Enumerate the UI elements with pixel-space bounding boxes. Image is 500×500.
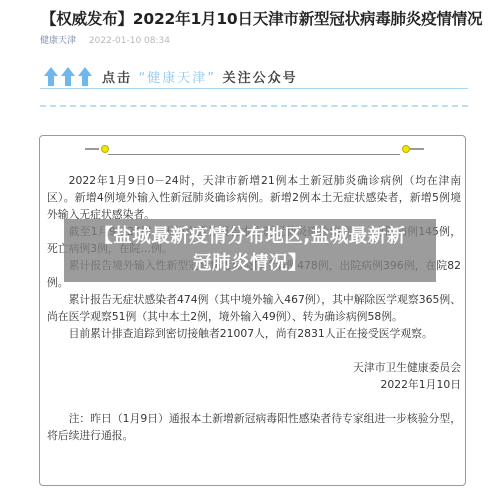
title-overlay-banner: 【盐城最新疫情分布地区,盐城最新新 冠肺炎情况】 xyxy=(64,219,436,282)
dot-icon xyxy=(402,145,410,153)
follow-text: 点击 “健康天津” 关注公众号 xyxy=(102,67,298,86)
up-arrow-icon xyxy=(61,67,75,86)
dashed-divider xyxy=(40,105,468,107)
article-meta: 健康天津 2022-01-10 08:34 xyxy=(40,33,170,46)
overlay-line-1: 【盐城最新疫情分布地区,盐城最新新 xyxy=(64,223,436,250)
deco-line xyxy=(108,154,400,155)
paragraph-new-cases: 2022年1月9日0－24时，天津市新增21例本土新冠肺炎确诊病例（均在津南区）… xyxy=(47,172,461,223)
paragraph-asymptomatic: 累计报告无症状感染者474例（其中境外输入467例），其中解除医学观察365例、… xyxy=(47,291,461,325)
deco-line xyxy=(410,148,424,150)
card-header-decoration xyxy=(40,136,465,166)
signature-org: 天津市卫生健康委员会 xyxy=(47,359,461,376)
dot-icon xyxy=(101,145,109,153)
paragraph-close-contacts: 目前累计排查追踪到密切接触者21007人，尚有2831人正在接受医学观察。 xyxy=(47,325,461,342)
up-arrow-icon xyxy=(44,67,58,86)
arrow-group xyxy=(44,67,92,86)
signature-date: 2022年1月10日 xyxy=(47,376,461,393)
report-card: 2022年1月9日0－24时，天津市新增21例本土新冠肺炎确诊病例（均在津南区）… xyxy=(39,135,466,486)
account-name[interactable]: “健康天津” xyxy=(139,71,216,86)
publish-time: 2022-01-10 08:34 xyxy=(89,36,170,46)
up-arrow-icon xyxy=(78,67,92,86)
author-link[interactable]: 健康天津 xyxy=(40,36,76,46)
overlay-line-2: 冠肺炎情况】 xyxy=(64,250,436,277)
note: 注：昨日（1月9日）通报本土新增新冠病毒阳性感染者待专家组进一步核验分型，将后续… xyxy=(47,410,461,444)
follow-suffix: 关注公众号 xyxy=(223,71,298,86)
follow-prefix: 点击 xyxy=(102,71,132,86)
follow-banner[interactable]: 点击 “健康天津” 关注公众号 xyxy=(40,64,468,89)
overlay-title: 【盐城最新疫情分布地区,盐城最新新 冠肺炎情况】 xyxy=(64,223,436,277)
article-title: 【权威发布】2022年1月10日天津市新型冠状病毒肺炎疫情情况 xyxy=(41,7,481,29)
deco-line xyxy=(85,148,99,150)
report-body: 2022年1月9日0－24时，天津市新增21例本土新冠肺炎确诊病例（均在津南区）… xyxy=(47,172,461,444)
